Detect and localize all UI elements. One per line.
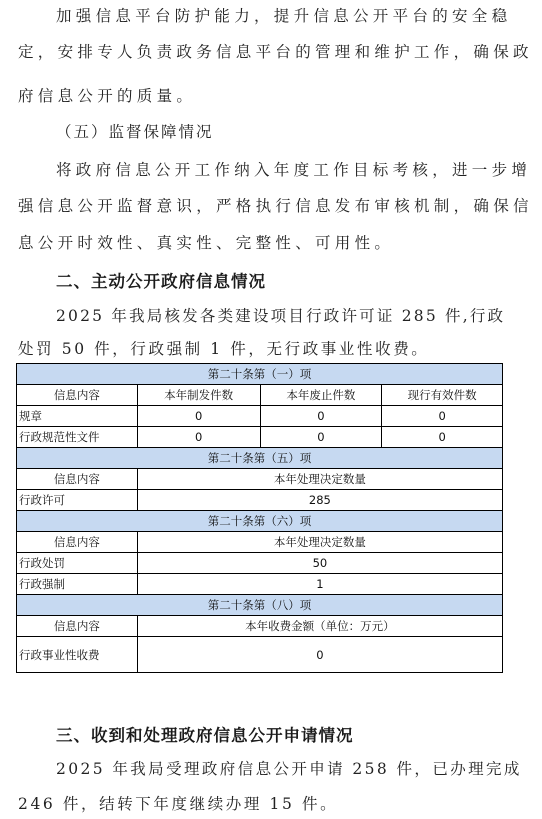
- header-row: 信息内容 本年处理决定数量: [17, 532, 503, 553]
- table-row: 规章 0 0 0: [17, 406, 503, 427]
- column-header: 信息内容: [17, 385, 138, 406]
- table-row: 行政处罚 50: [17, 553, 503, 574]
- cell-value: 0: [137, 427, 260, 448]
- column-header: 本年处理决定数量: [137, 532, 502, 553]
- section-title-row: 第二十条第（五）项: [17, 448, 503, 469]
- section-heading-2: 二、主动公开政府信息情况: [56, 272, 266, 292]
- text-line: 处罚 50 件，行政强制 1 件，无行政事业性收费。: [18, 339, 429, 359]
- table-row: 行政规范性文件 0 0 0: [17, 427, 503, 448]
- row-label: 行政规范性文件: [17, 427, 138, 448]
- column-header: 本年制发件数: [137, 385, 260, 406]
- text-line: 246 件，结转下年度继续办理 15 件。: [18, 794, 338, 814]
- column-header: 信息内容: [17, 469, 138, 490]
- cell-value: 50: [137, 553, 502, 574]
- cell-value: 1: [137, 574, 502, 595]
- row-label: 行政处罚: [17, 553, 138, 574]
- cell-value: 0: [260, 427, 382, 448]
- table-row: 行政许可 285: [17, 490, 503, 511]
- table-row: 行政事业性收费 0: [17, 637, 503, 673]
- column-header: 现行有效件数: [382, 385, 503, 406]
- row-label: 规章: [17, 406, 138, 427]
- row-label: 行政强制: [17, 574, 138, 595]
- cell-value: 0: [137, 637, 502, 673]
- cell-value: 0: [382, 427, 503, 448]
- cell-value: 0: [137, 406, 260, 427]
- text-line: 强信息公开监督意识，严格执行信息发布审核机制，确保信: [18, 196, 533, 216]
- subheading-supervision: （五）监督保障情况: [56, 122, 214, 142]
- section-heading-3: 三、收到和处理政府信息公开申请情况: [56, 726, 354, 746]
- header-row: 信息内容 本年收费金额（单位：万元）: [17, 616, 503, 637]
- disclosure-table: 第二十条第（一）项 信息内容 本年制发件数 本年废止件数 现行有效件数 规章 0…: [16, 363, 503, 673]
- column-header: 信息内容: [17, 532, 138, 553]
- section-title-row: 第二十条第（八）项: [17, 595, 503, 616]
- text-line: 2025 年我局受理政府信息公开申请 258 件，已办理完成: [56, 759, 522, 779]
- column-header: 本年收费金额（单位：万元）: [137, 616, 502, 637]
- section-title: 第二十条第（八）项: [17, 595, 503, 616]
- column-header: 本年处理决定数量: [137, 469, 502, 490]
- row-label: 行政事业性收费: [17, 637, 138, 673]
- text-line: 府信息公开的质量。: [18, 86, 196, 106]
- text-line: 定，安排专人负责政务信息平台的管理和维护工作，确保政: [18, 42, 533, 62]
- cell-value: 0: [260, 406, 382, 427]
- cell-value: 0: [382, 406, 503, 427]
- text-line: 息公开时效性、真实性、完整性、可用性。: [18, 233, 394, 253]
- text-line: 将政府信息公开工作纳入年度工作目标考核，进一步增: [56, 160, 531, 180]
- section-title-row: 第二十条第（六）项: [17, 511, 503, 532]
- column-header: 信息内容: [17, 616, 138, 637]
- column-header: 本年废止件数: [260, 385, 382, 406]
- text-line: 2025 年我局核发各类建设项目行政许可证 285 件,行政: [56, 306, 505, 326]
- header-row: 信息内容 本年制发件数 本年废止件数 现行有效件数: [17, 385, 503, 406]
- text-line: 加强信息平台防护能力，提升信息公开平台的安全稳: [56, 6, 511, 26]
- section-title: 第二十条第（六）项: [17, 511, 503, 532]
- section-title: 第二十条第（一）项: [17, 364, 503, 385]
- section-title-row: 第二十条第（一）项: [17, 364, 503, 385]
- header-row: 信息内容 本年处理决定数量: [17, 469, 503, 490]
- table-row: 行政强制 1: [17, 574, 503, 595]
- section-title: 第二十条第（五）项: [17, 448, 503, 469]
- row-label: 行政许可: [17, 490, 138, 511]
- cell-value: 285: [137, 490, 502, 511]
